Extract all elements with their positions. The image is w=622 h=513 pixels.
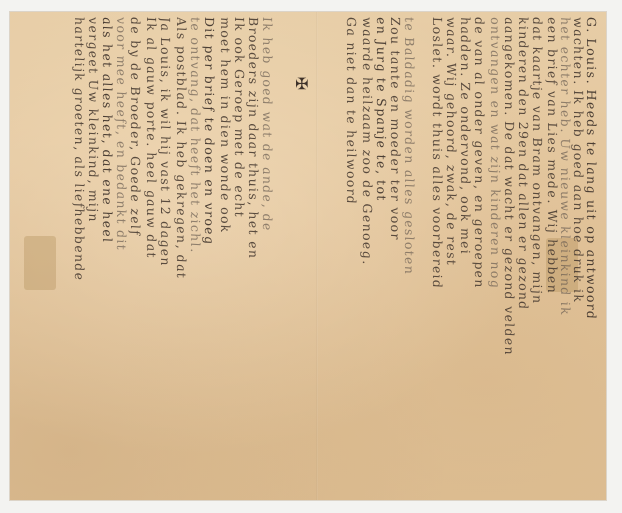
- handwritten-line: waarde heilzaam zoo de Genoeg.: [360, 16, 374, 496]
- scan-background: ✠ G. Louis. Heeds te lang uit op antwoor…: [0, 0, 622, 513]
- handwritten-line: voor mee heeft, en bedankt dit: [114, 16, 128, 496]
- cross-mark-icon: ✠: [292, 77, 311, 90]
- handwritten-line: ontvangen en wat zijn kinderen nog: [488, 16, 502, 496]
- handwritten-line: waar. Wij gehoord, zwak, de rest: [444, 16, 458, 496]
- handwritten-line: Dit per brief te doen en vroeg: [202, 16, 216, 496]
- handwritten-line: vergeet Uw kleinkind, mijn: [86, 16, 100, 496]
- handwritten-line: Ga niet dan te heilwoord: [344, 16, 358, 496]
- perforated-edge-top: [10, 9, 606, 13]
- handwritten-line: wachten. Ik heb goed aan hoe druk ik: [571, 16, 585, 496]
- handwritten-line: dat kaartje van Bram ontvangen, mijn: [530, 16, 544, 496]
- handwritten-line: een brief van Lies mede. Wij hebben: [545, 16, 559, 496]
- perforated-edge-left: [7, 12, 11, 500]
- handwritten-line: G. Louis. Heeds te lang uit op antwoord: [584, 16, 598, 496]
- handwritten-line: Ik ook Geroep met de echt: [232, 16, 246, 496]
- perforated-edge-right: [605, 12, 609, 500]
- handwritten-line: Als postblad. Ik heb gekregen, dat: [174, 16, 188, 496]
- handwritten-line: moet hem in dien wonde ook: [218, 16, 232, 496]
- handwritten-line: en Jurg te Spanje te, tot: [374, 16, 388, 496]
- handwritten-line: Ik heb goed wat de ande, de: [260, 16, 274, 496]
- handwritten-line: te Baldadig worden alles gesloten: [402, 16, 416, 496]
- handwritten-line: hadden. Ze ondervond, ook mei: [458, 16, 472, 496]
- fold-line: [316, 12, 318, 500]
- handwritten-line: de van al onder geven, en geroepen: [472, 16, 486, 496]
- handwritten-line: te ontvang, dat heeft het zichl.: [188, 16, 202, 496]
- handwritten-line: hartelijk groeten, als liefhebbende: [72, 16, 86, 496]
- handwritten-line: kinderen den 29en dat allen er gezond: [516, 16, 530, 496]
- handwritten-line: aangekomen. De dat wacht er gezond velde…: [502, 16, 516, 496]
- glue-patch-left: [24, 236, 56, 290]
- handwritten-line: het echter heb. Uw nieuwe kleinkind ik: [558, 16, 572, 496]
- handwritten-line: de by de Broeder, Goede zelf: [128, 16, 142, 496]
- handwritten-line: Zou tante en moeder ter voor: [388, 16, 402, 496]
- handwritten-line: als het alles het, dat ene heel: [100, 16, 114, 496]
- perforated-edge-bottom: [10, 499, 606, 503]
- handwritten-line: Broeders zijn daar thuis, het en: [246, 16, 260, 496]
- handwritten-line: Ja Louis, ik wil hij vast 12 dagen: [158, 16, 172, 496]
- letter-card: ✠ G. Louis. Heeds te lang uit op antwoor…: [10, 12, 606, 500]
- handwritten-line: Loslet. wordt thuis alles voorbereid: [430, 16, 444, 496]
- handwritten-line: Ik al gauw porte. heel gauw dat: [144, 16, 158, 496]
